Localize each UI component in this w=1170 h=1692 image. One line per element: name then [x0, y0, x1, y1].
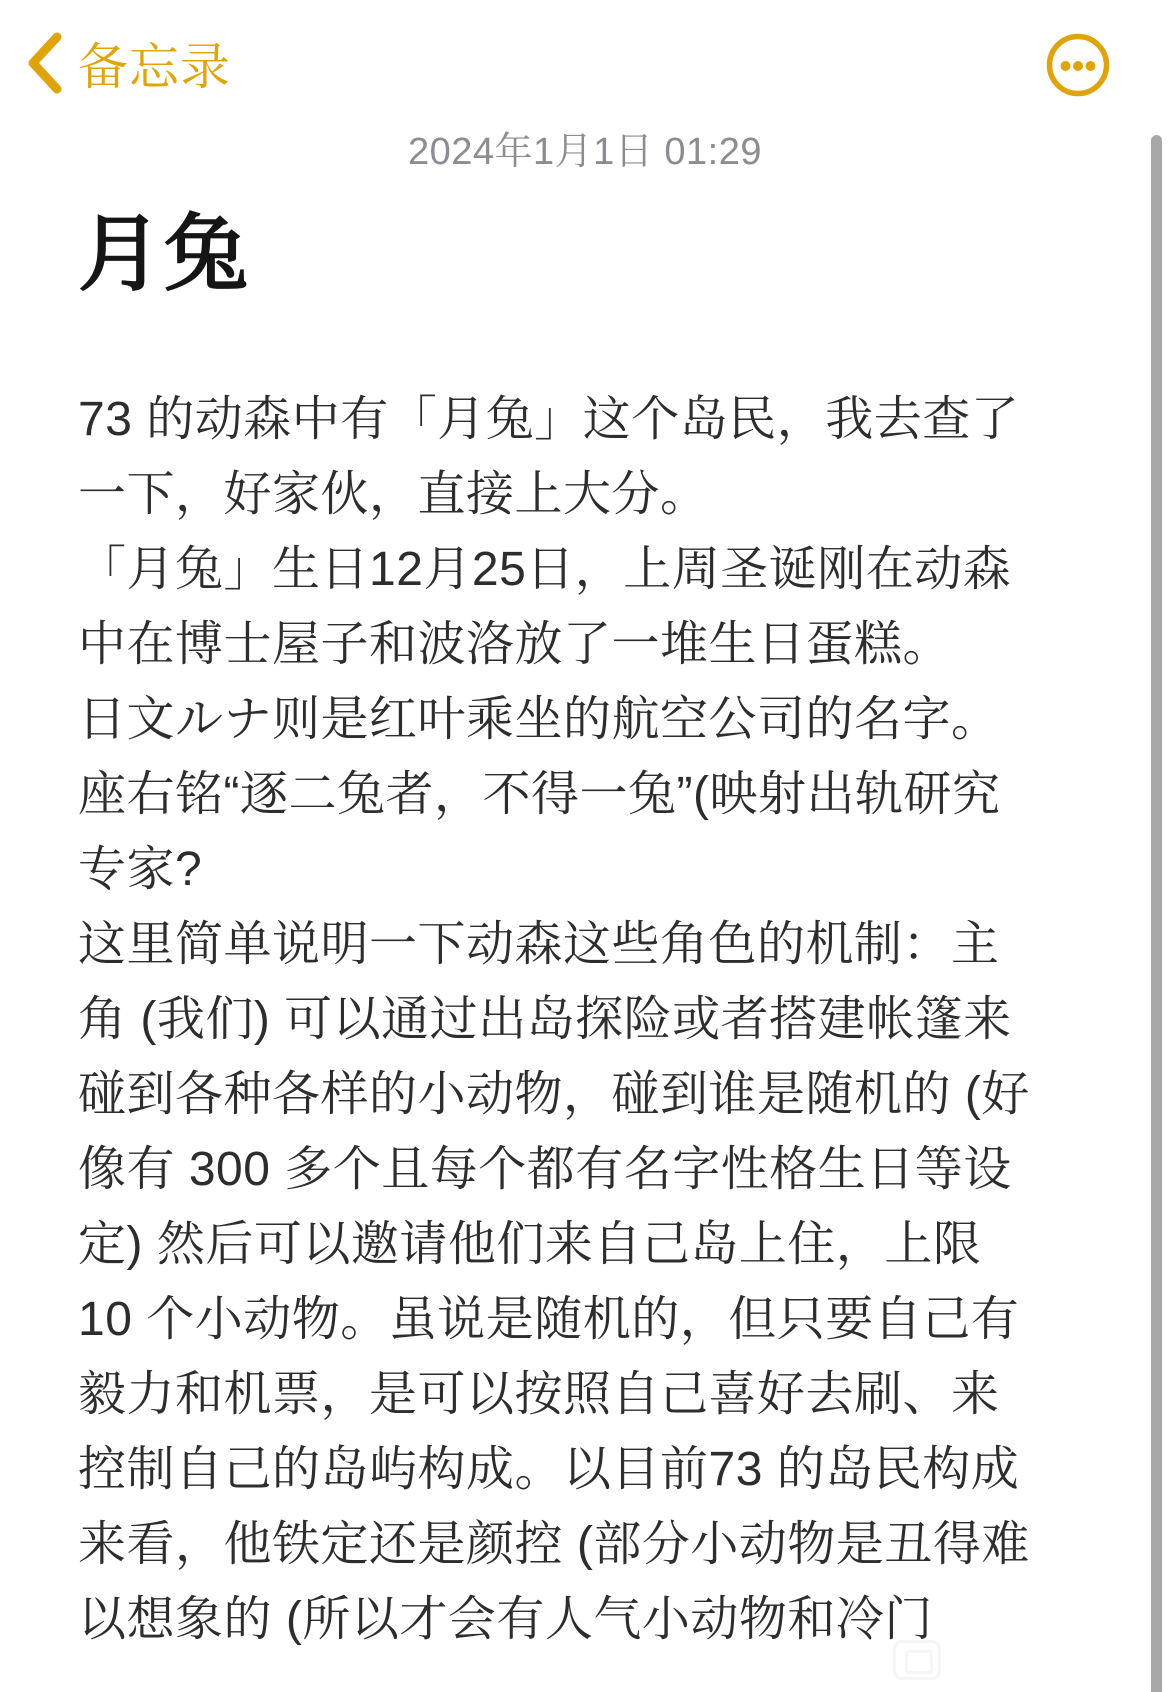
- note-line: 10 个小动物。虽说是随机的，但只要自己有: [78, 1282, 1118, 1357]
- note-line: 碰到各种各样的小动物，碰到谁是随机的 (好: [78, 1057, 1118, 1132]
- note-line: 定) 然后可以邀请他们来自己岛上住，上限: [78, 1207, 1118, 1282]
- note-line: 73 的动森中有「月兔」这个岛民，我去查了: [78, 382, 1118, 457]
- chevron-left-icon: [26, 32, 62, 94]
- note-title: 月兔: [78, 212, 250, 296]
- note-line: 来看，他铁定还是颜控 (部分小动物是丑得难: [78, 1507, 1118, 1582]
- note-line: 像有 300 多个且每个都有名字性格生日等设: [78, 1132, 1118, 1207]
- note-line: 专家?: [78, 832, 1118, 907]
- note-line: 一下，好家伙，直接上大分。: [78, 457, 1118, 532]
- more-options-button[interactable]: [1046, 33, 1110, 97]
- note-line: 毅力和机票，是可以按照自己喜好去刷、来: [78, 1357, 1118, 1432]
- note-line: 「月兔」生日12月25日，上周圣诞刚在动森: [78, 532, 1118, 607]
- note-line: 中在博士屋子和波洛放了一堆生日蛋糕。: [78, 607, 1118, 682]
- scrollbar[interactable]: [1151, 135, 1162, 1692]
- note-line: 日文ルナ则是红叶乘坐的航空公司的名字。: [78, 682, 1118, 757]
- back-button-label: 备忘录: [78, 27, 231, 99]
- ellipsis-circle-icon: [1046, 33, 1110, 97]
- watermark: [893, 1640, 941, 1680]
- note-timestamp: 2024年1月1日 01:29: [0, 133, 1170, 171]
- note-line: 座右铭“逐二兔者，不得一兔”(映射出轨研究: [78, 757, 1118, 832]
- back-button[interactable]: 备忘录: [26, 30, 231, 96]
- note-line: 控制自己的岛屿构成。以目前73 的岛民构成: [78, 1432, 1118, 1507]
- note-body[interactable]: 73 的动森中有「月兔」这个岛民，我去查了 一下，好家伙，直接上大分。 「月兔」…: [78, 382, 1118, 1657]
- notes-app-screen: 备忘录 2024年1月1日 01:29 月兔 73 的动森中有「月兔」这个岛民，…: [0, 0, 1170, 1692]
- note-line: 以想象的 (所以才会有人气小动物和冷门: [78, 1582, 1118, 1657]
- note-line: 角 (我们) 可以通过出岛探险或者搭建帐篷来: [78, 982, 1118, 1057]
- note-line: 这里简单说明一下动森这些角色的机制：主: [78, 907, 1118, 982]
